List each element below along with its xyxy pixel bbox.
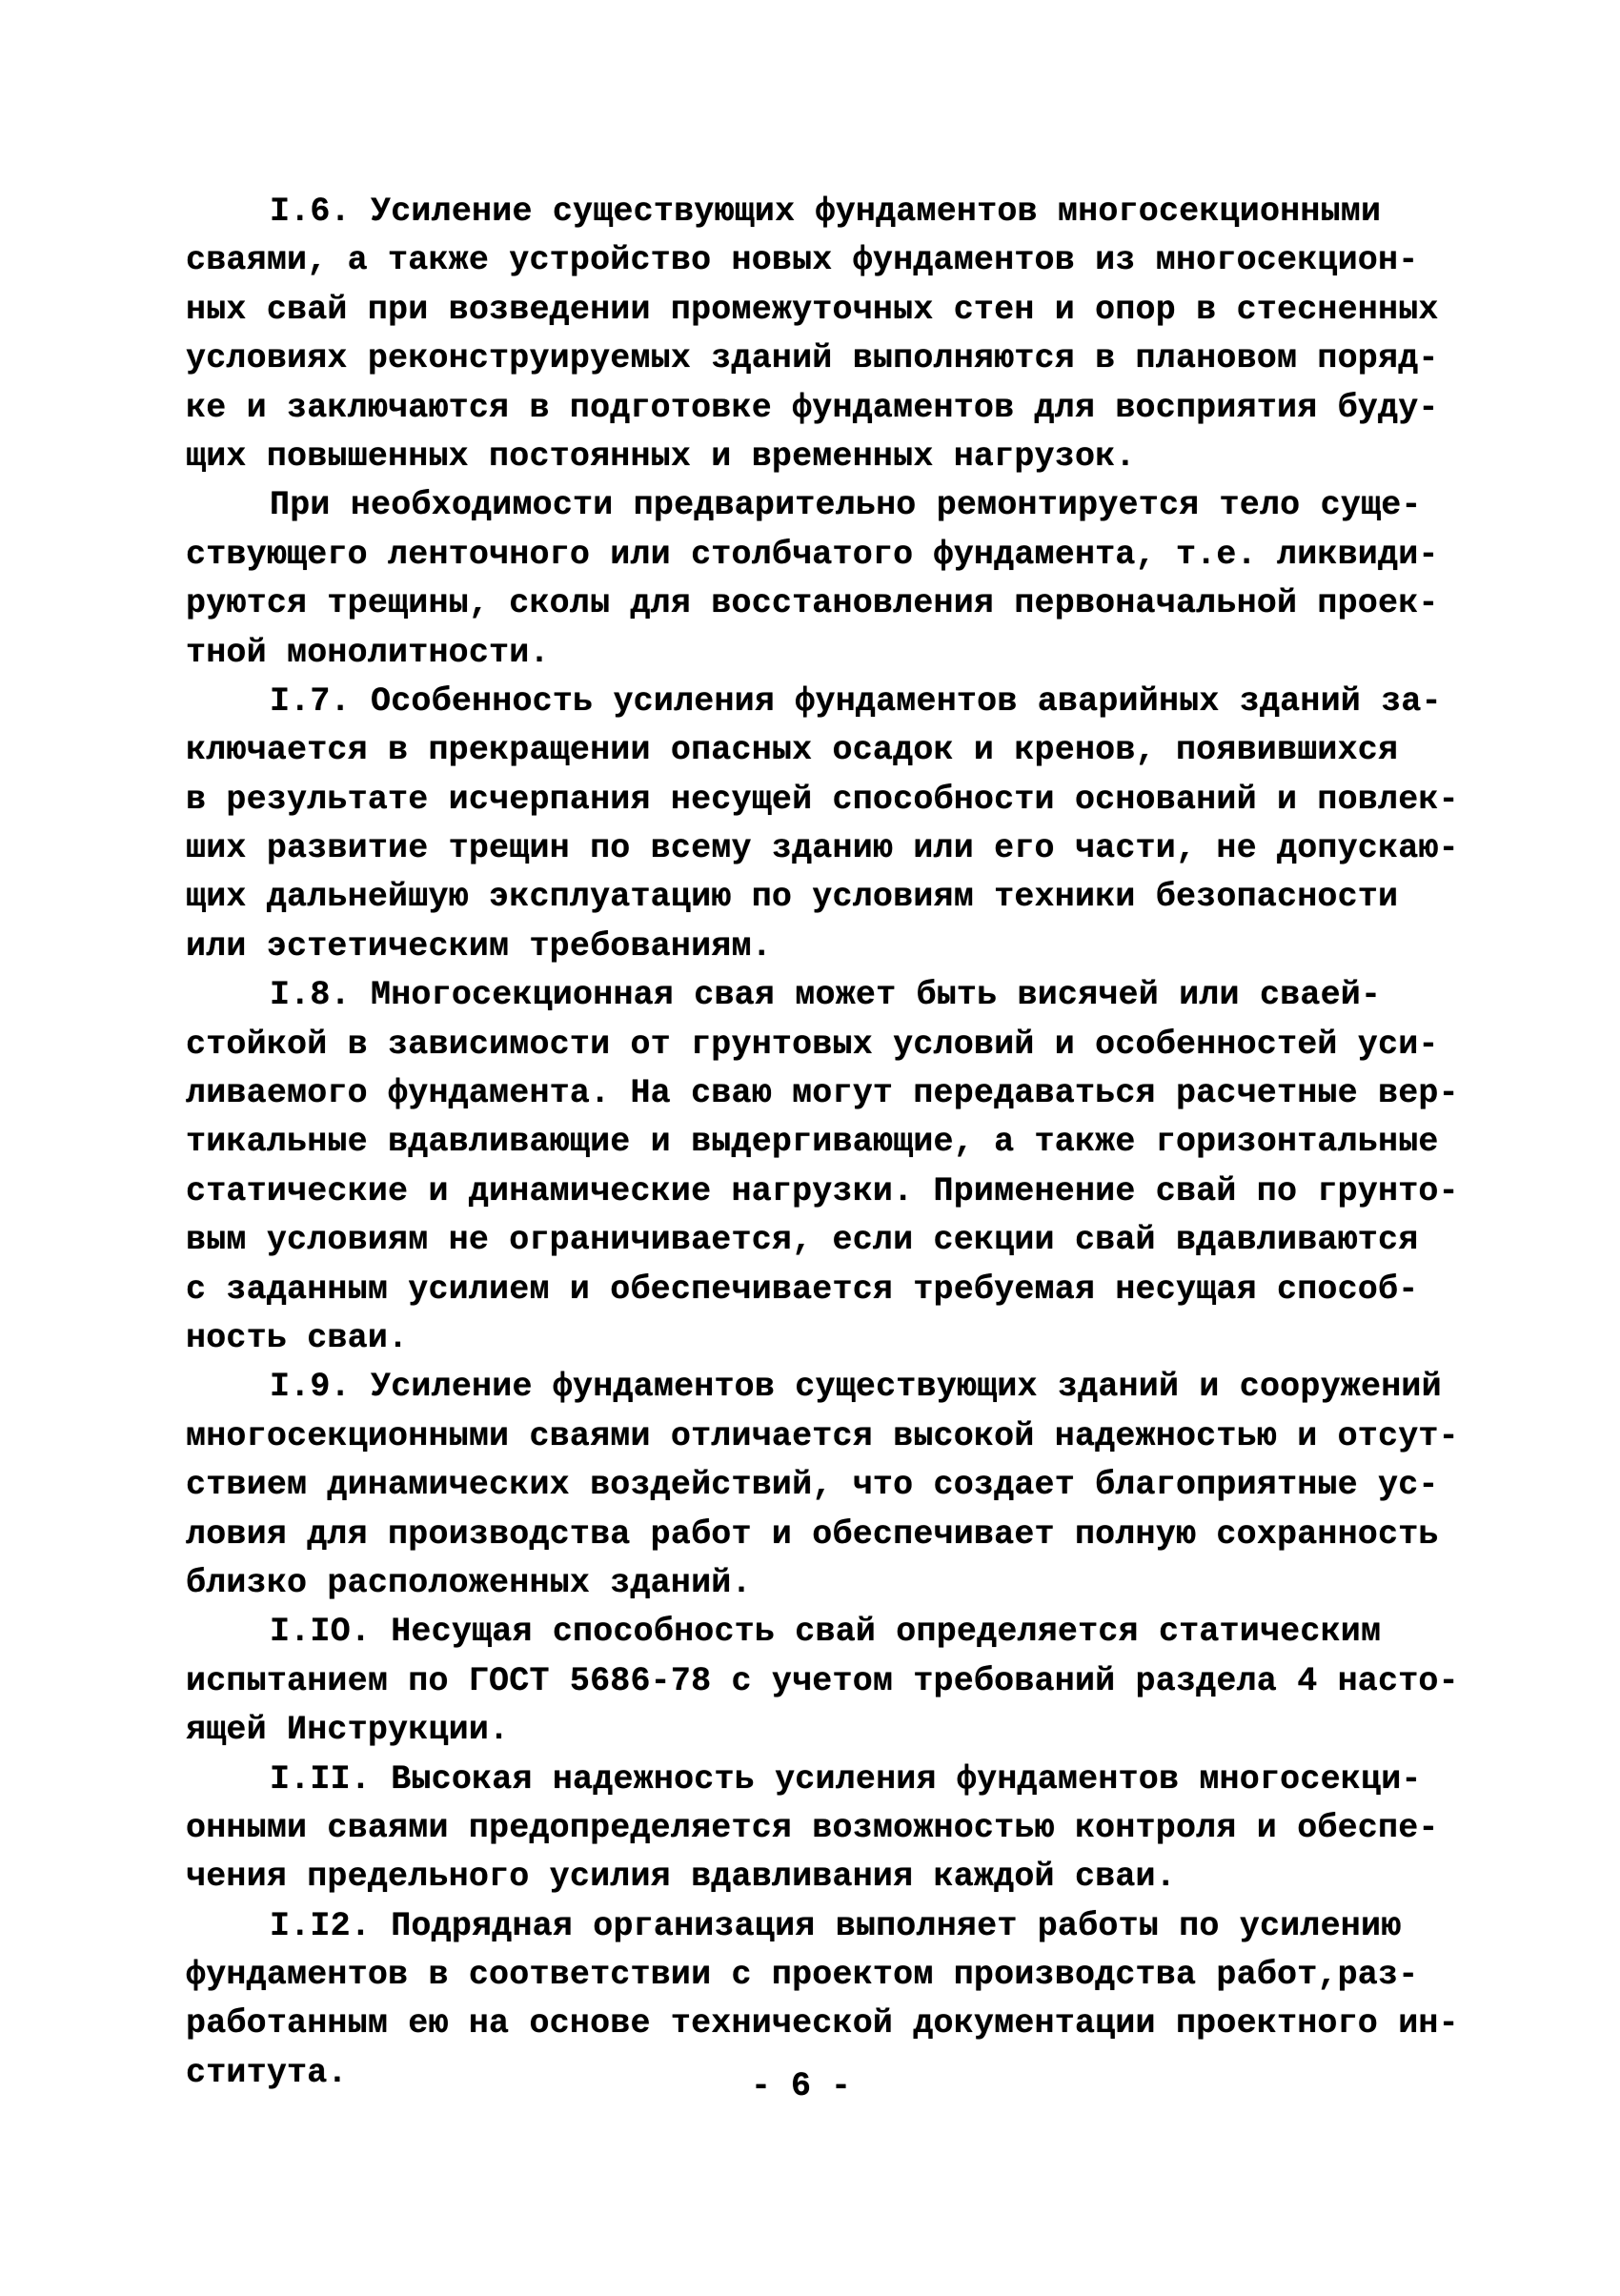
text-line: в результате исчерпания несущей способно… — [186, 776, 1549, 824]
text-line: фундаментов в соответствии с проектом пр… — [186, 1951, 1549, 2000]
text-line: I.7. Особенность усиления фундаментов ав… — [186, 678, 1549, 726]
text-line: руются трещины, сколы для восстановления… — [186, 579, 1549, 628]
text-line: сваями, а также устройство новых фундаме… — [186, 236, 1549, 285]
text-line: близко расположенных зданий. — [186, 1559, 1549, 1608]
text-line: ливаемого фундамента. На сваю могут пере… — [186, 1069, 1549, 1118]
text-line: I.IO. Несущая способность свай определяе… — [186, 1608, 1549, 1656]
text-line: условиях реконструируемых зданий выполня… — [186, 335, 1549, 383]
text-line: тикальные вдавливающие и выдергивающие, … — [186, 1118, 1549, 1167]
text-line: I.II. Высокая надежность усиления фундам… — [186, 1756, 1549, 1804]
text-line: тной монолитности. — [186, 629, 1549, 678]
text-line: стойкой в зависимости от грунтовых услов… — [186, 1021, 1549, 1069]
text-line: I.9. Усиление фундаментов существующих з… — [186, 1363, 1549, 1412]
text-line: ших развитие трещин по всему зданию или … — [186, 824, 1549, 873]
text-line: статические и динамические нагрузки. При… — [186, 1168, 1549, 1216]
text-line: щих повышенных постоянных и временных на… — [186, 433, 1549, 481]
text-line: щих дальнейшую эксплуатацию по условиям … — [186, 873, 1549, 922]
text-line: ствием динамических воздействий, что соз… — [186, 1461, 1549, 1510]
document-page: I.6. Усиление существующих фундаментов м… — [0, 0, 1620, 2296]
scanned-document: { "page": { "background_color": "#ffffff… — [0, 0, 1620, 2296]
text-line: ловия для производства работ и обеспечив… — [186, 1511, 1549, 1559]
text-line: ствующего ленточного или столбчатого фун… — [186, 531, 1549, 579]
page-number: - 6 - — [684, 2062, 918, 2111]
text-line: работанным ею на основе технической доку… — [186, 2000, 1549, 2048]
text-line: I.6. Усиление существующих фундаментов м… — [186, 188, 1549, 236]
text-line: ящей Инструкции. — [186, 1706, 1549, 1755]
text-line: онными сваями предопределяется возможнос… — [186, 1804, 1549, 1853]
text-line: ных свай при возведении промежуточных ст… — [186, 286, 1549, 335]
text-line: ность сваи. — [186, 1314, 1549, 1363]
text-line: ке и заключаются в подготовке фундаменто… — [186, 384, 1549, 433]
body-text: I.6. Усиление существующих фундаментов м… — [186, 188, 1549, 2098]
text-line: При необходимости предварительно ремонти… — [186, 481, 1549, 530]
text-line: I.8. Многосекционная свая может быть вис… — [186, 971, 1549, 1020]
text-line: с заданным усилием и обеспечивается треб… — [186, 1266, 1549, 1314]
text-line: испытанием по ГОСТ 5686-78 с учетом треб… — [186, 1657, 1549, 1706]
text-line: I.I2. Подрядная организация выполняет ра… — [186, 1902, 1549, 1951]
text-line: или эстетическим требованиям. — [186, 923, 1549, 971]
text-line: вым условиям не ограничивается, если сек… — [186, 1216, 1549, 1265]
text-line: многосекционными сваями отличается высок… — [186, 1412, 1549, 1461]
text-line: ключается в прекращении опасных осадок и… — [186, 726, 1549, 775]
text-line: чения предельного усилия вдавливания каж… — [186, 1853, 1549, 1901]
